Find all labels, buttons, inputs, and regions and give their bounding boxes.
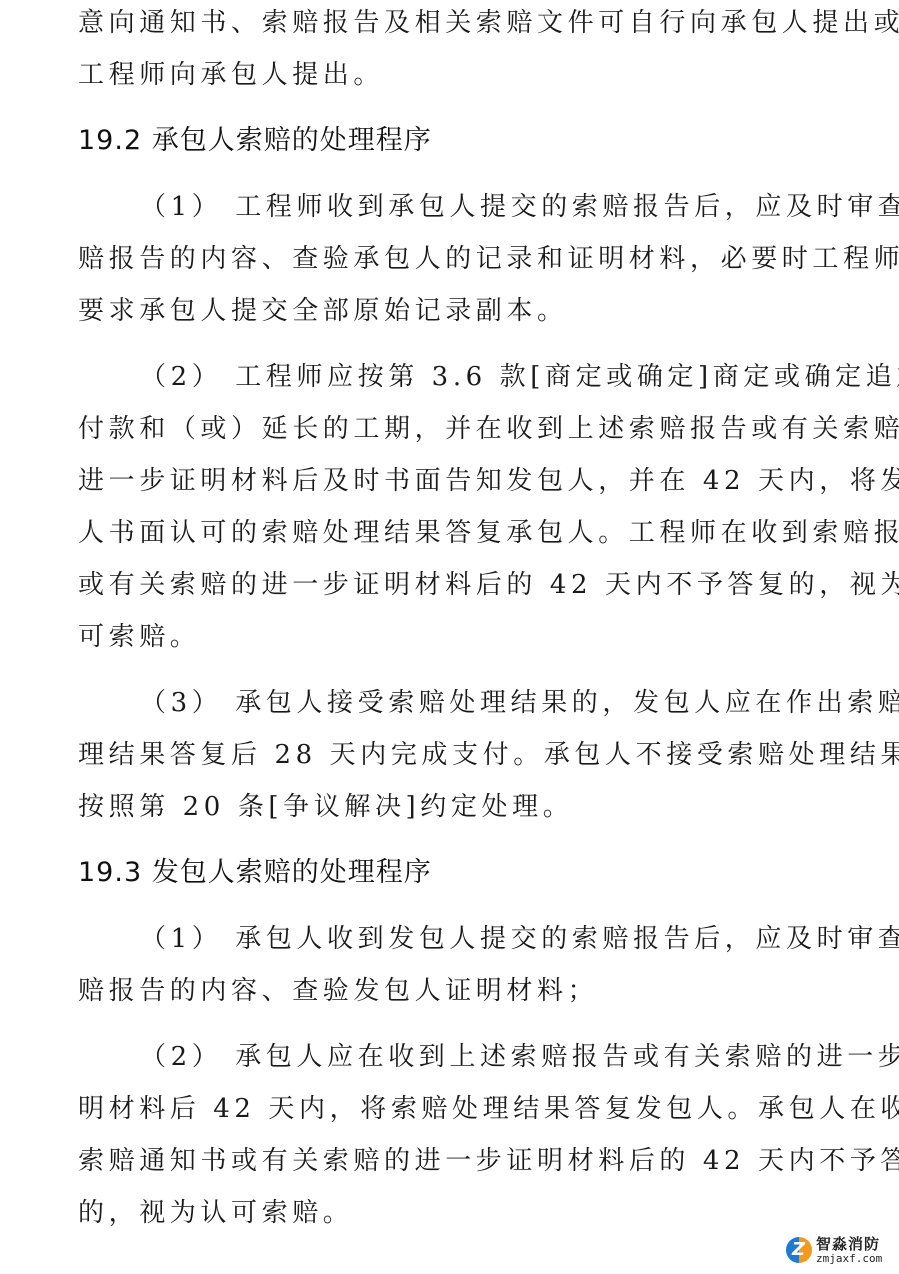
paragraph-line: （1） 工程师收到承包人提交的索赔报告后，应及时审查索	[140, 190, 899, 224]
paragraph-line: 明材料后 42 天内，将索赔处理结果答复发包人。承包人在收到	[78, 1092, 899, 1126]
watermark-name: 智淼消防	[816, 1233, 880, 1254]
paragraph-line: 赔报告的内容、查验承包人的记录和证明材料，必要时工程师可	[78, 242, 899, 276]
paragraph-line: （2） 工程师应按第 3.6 款[商定或确定]商定或确定追加的	[140, 360, 899, 394]
paragraph-line: 付款和（或）延长的工期，并在收到上述索赔报告或有关索赔的	[78, 412, 899, 446]
paragraph-line: 的，视为认可索赔。	[78, 1196, 353, 1230]
paragraph-line: 意向通知书、索赔报告及相关索赔文件可自行向承包人提出或由	[78, 6, 899, 40]
section-heading: 19.3 发包人索赔的处理程序	[78, 856, 432, 890]
section-heading: 19.2 承包人索赔的处理程序	[78, 124, 432, 158]
paragraph-line: 工程师向承包人提出。	[78, 58, 384, 92]
paragraph-line: 赔报告的内容、查验发包人证明材料；	[78, 974, 598, 1008]
paragraph-line: （3） 承包人接受索赔处理结果的，发包人应在作出索赔处	[140, 686, 899, 720]
paragraph-line: 理结果答复后 28 天内完成支付。承包人不接受索赔处理结果的，	[78, 738, 899, 772]
paragraph-line: 索赔通知书或有关索赔的进一步证明材料后的 42 天内不予答复	[78, 1144, 899, 1178]
watermark-logo: 智淼消防 zmjaxf.com	[786, 1233, 896, 1269]
paragraph-line: 或有关索赔的进一步证明材料后的 42 天内不予答复的，视为认	[78, 568, 899, 602]
paragraph-line: 可索赔。	[78, 620, 200, 654]
paragraph-line: 进一步证明材料后及时书面告知发包人，并在 42 天内，将发包	[78, 464, 899, 498]
paragraph-line: 按照第 20 条[争议解决]约定处理。	[78, 790, 573, 824]
paragraph-line: 人书面认可的索赔处理结果答复承包人。工程师在收到索赔报告	[78, 516, 899, 550]
paragraph-line: （2） 承包人应在收到上述索赔报告或有关索赔的进一步证	[140, 1040, 899, 1074]
paragraph-line: （1） 承包人收到发包人提交的索赔报告后，应及时审查索	[140, 922, 899, 956]
watermark-url: zmjaxf.com	[816, 1252, 882, 1265]
logo-icon	[786, 1237, 812, 1263]
paragraph-line: 要求承包人提交全部原始记录副本。	[78, 294, 568, 328]
